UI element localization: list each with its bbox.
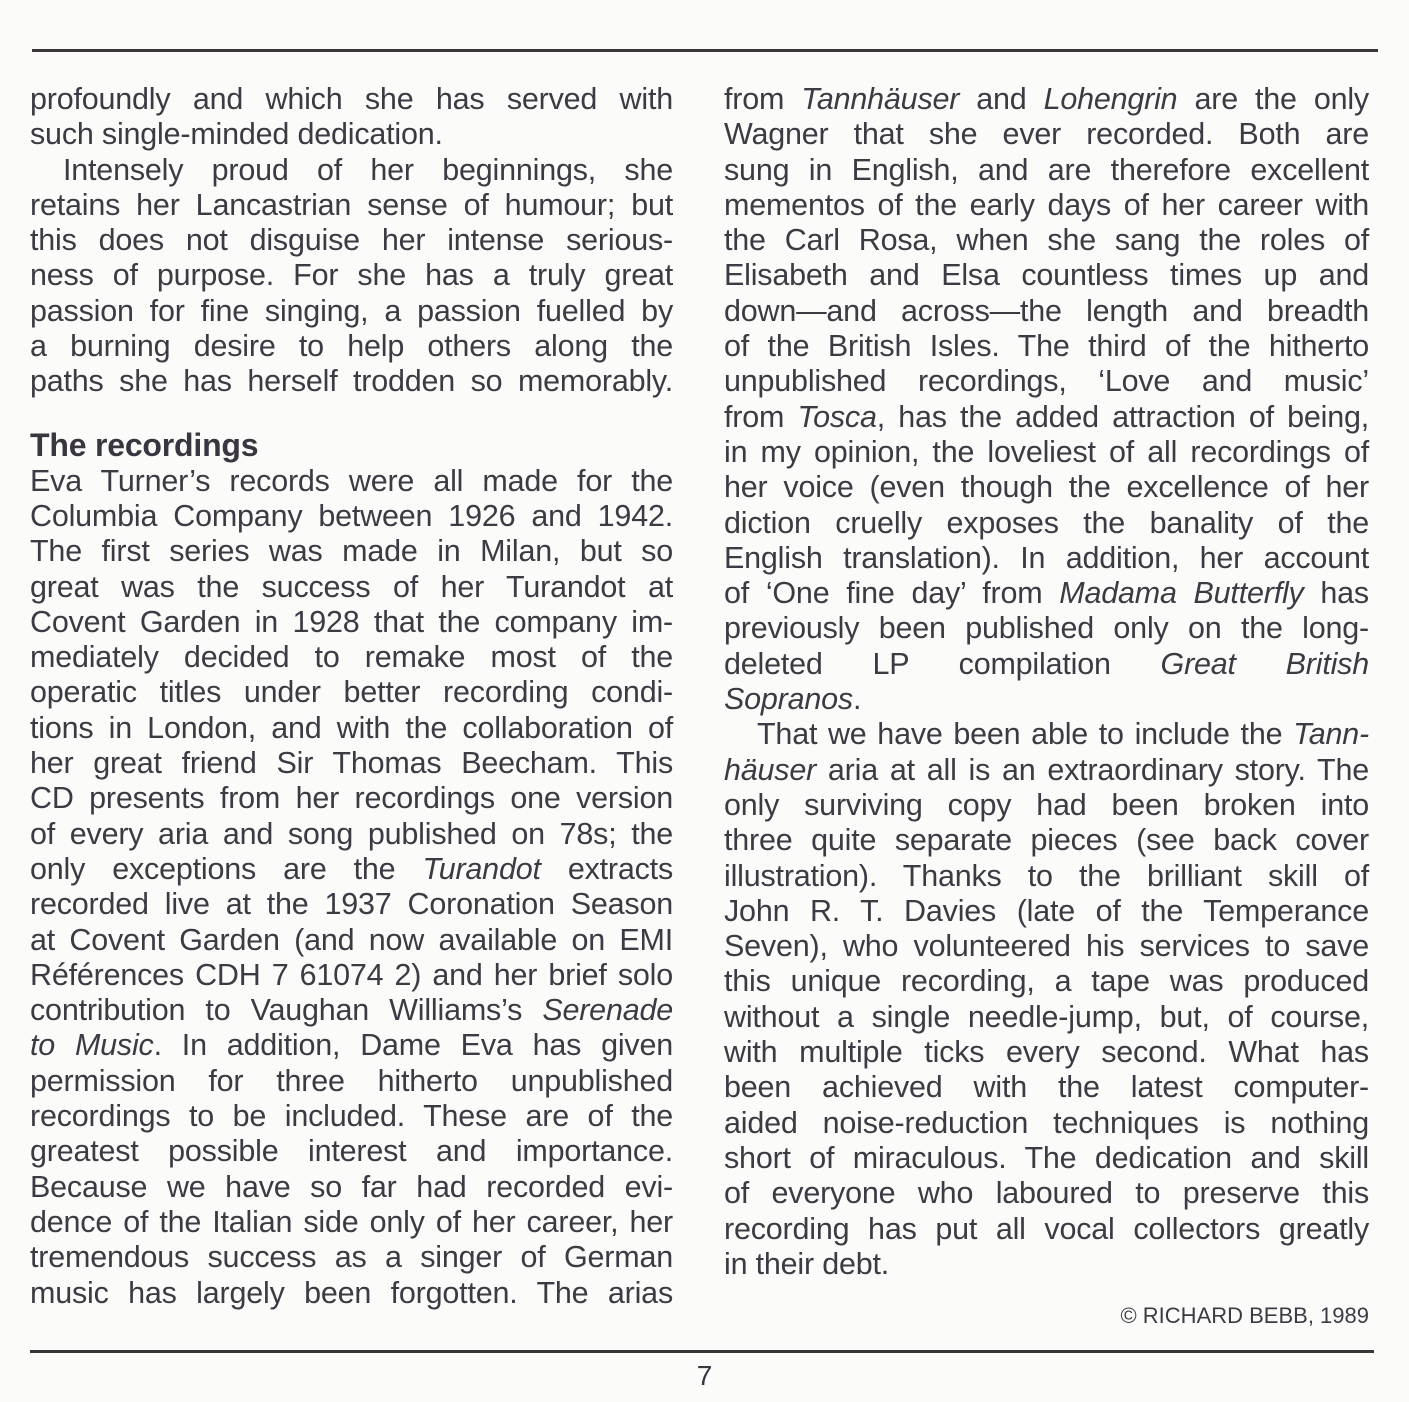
top-rule (32, 49, 1378, 52)
text-line: down—and across—the length and breadth (724, 294, 1369, 329)
text-line: Wagner that she ever recorded. Both are (724, 117, 1369, 152)
title-tannhauser: Tannhäuser (801, 82, 959, 116)
text-fragment: aria at all is an extraordinary story. T… (816, 753, 1369, 787)
text-line: short of miraculous. The dedication and … (724, 1141, 1369, 1176)
text-line: such single-minded dedication. (30, 117, 673, 152)
text-line: greatest possible interest and importanc… (30, 1134, 673, 1169)
text-line: Eva Turner’s records were all made for t… (30, 464, 673, 499)
text-line: of the British Isles. The third of the h… (724, 329, 1369, 364)
title-lohengrin: Lohengrin (1044, 82, 1178, 116)
text-line: unpublished recordings, ‘Love and music’ (724, 364, 1369, 399)
text-line: of ‘One fine day’ from Madama Butterfly … (724, 576, 1369, 611)
text-fragment: from (724, 400, 797, 434)
text-line: recording has put all vocal collectors g… (724, 1212, 1369, 1247)
text-line: the Carl Rosa, when she sang the roles o… (724, 223, 1369, 258)
text-line: English translation). In addition, her a… (724, 541, 1369, 576)
text-line: been achieved with the latest computer- (724, 1070, 1369, 1105)
text-fragment: contribution to Vaughan Williams’s (30, 993, 542, 1027)
text-line: of everyone who laboured to preserve thi… (724, 1176, 1369, 1211)
text-line: That we have been able to include the Ta… (724, 717, 1369, 752)
text-line: with multiple ticks every second. What h… (724, 1035, 1369, 1070)
text-line: The first series was made in Milan, but … (30, 534, 673, 569)
title-great-british-sopranos: Sopranos (724, 682, 853, 716)
text-line: ness of purpose. For she has a truly gre… (30, 258, 673, 293)
title-madama-butterfly: Madama Butterfly (1059, 576, 1303, 610)
text-line: Sopranos. (724, 682, 1369, 717)
text-line: deleted LP compilation Great British (724, 647, 1369, 682)
title-turandot: Turandot (423, 852, 541, 886)
text-line: retains her Lancastrian sense of humour;… (30, 188, 673, 223)
text-line: sung in English, and are therefore excel… (724, 153, 1369, 188)
text-line: dence of the Italian side only of her ca… (30, 1205, 673, 1240)
text-line: from Tosca, has the added attraction of … (724, 400, 1369, 435)
text-line: to Music. In addition, Dame Eva has give… (30, 1028, 673, 1063)
text-line: permission for three hitherto unpublishe… (30, 1064, 673, 1099)
text-line: mementos of the early days of her career… (724, 188, 1369, 223)
text-line: only exceptions are the Turandot extract… (30, 852, 673, 887)
text-line: Covent Garden in 1928 that the company i… (30, 605, 673, 640)
title-tannhauser: Tann- (1293, 717, 1369, 751)
section-heading: The recordings (30, 426, 673, 464)
text-line: paths she has herself trodden so memorab… (30, 364, 673, 399)
text-fragment: and (959, 82, 1043, 116)
text-fragment: deleted LP compilation (724, 647, 1161, 681)
text-line: her great friend Sir Thomas Beecham. Thi… (30, 746, 673, 781)
text-line: passion for fine singing, a passion fuel… (30, 294, 673, 329)
text-line: profoundly and which she has served with (30, 82, 673, 117)
text-line: Because we have so far had recorded evi- (30, 1170, 673, 1205)
right-column: from Tannhäuser and Lohengrin are the on… (724, 82, 1369, 1333)
text-fragment: That we have been able to include the (757, 717, 1293, 751)
text-fragment: . In addition, Dame Eva has given (154, 1028, 673, 1062)
text-line: mediately decided to remake most of the (30, 640, 673, 675)
text-line: without a single needle-jump, but, of co… (724, 1000, 1369, 1035)
text-line: John R. T. Davies (late of the Temperanc… (724, 894, 1369, 929)
text-line: music has largely been forgotten. The ar… (30, 1276, 673, 1311)
text-line: Intensely proud of her beginnings, she (30, 153, 673, 188)
text-line: illustration). Thanks to the brilliant s… (724, 859, 1369, 894)
title-tannhauser: häuser (724, 753, 816, 787)
text-line: Elisabeth and Elsa countless times up an… (724, 258, 1369, 293)
text-line: Seven), who volunteered his services to … (724, 929, 1369, 964)
title-serenade: to Music (30, 1028, 154, 1062)
copyright-signature: © RICHARD BEBB, 1989 (724, 1298, 1369, 1333)
text-fragment: , has the added attraction of being, (877, 400, 1369, 434)
left-column: profoundly and which she has served with… (30, 82, 673, 1311)
text-line: Columbia Company between 1926 and 1942. (30, 499, 673, 534)
text-line: previously been published only on the lo… (724, 611, 1369, 646)
text-line: three quite separate pieces (see back co… (724, 823, 1369, 858)
text-line: CD presents from her recordings one vers… (30, 781, 673, 816)
text-fragment: are the only (1177, 82, 1369, 116)
text-line: Références CDH 7 61074 2) and her brief … (30, 958, 673, 993)
text-line: häuser aria at all is an extraordinary s… (724, 753, 1369, 788)
title-great-british-sopranos: Great British (1161, 647, 1369, 681)
text-line: of every aria and song published on 78s;… (30, 817, 673, 852)
text-fragment: of ‘One fine day’ from (724, 576, 1059, 610)
text-fragment: from (724, 82, 801, 116)
text-line: operatic titles under better recording c… (30, 675, 673, 710)
text-fragment: extracts (541, 852, 673, 886)
text-line: this does not disguise her intense serio… (30, 223, 673, 258)
text-line: a burning desire to help others along th… (30, 329, 673, 364)
text-line: diction cruelly exposes the banality of … (724, 506, 1369, 541)
text-line: aided noise-reduction techniques is noth… (724, 1106, 1369, 1141)
text-line: at Covent Garden (and now available on E… (30, 923, 673, 958)
text-line: contribution to Vaughan Williams’s Seren… (30, 993, 673, 1028)
text-fragment: has (1304, 576, 1369, 610)
title-serenade: Serenade (542, 993, 673, 1027)
page-number: 7 (0, 1360, 1409, 1392)
text-line: recorded live at the 1937 Coronation Sea… (30, 887, 673, 922)
text-line: in their debt. (724, 1247, 1369, 1282)
text-line: great was the success of her Turandot at (30, 570, 673, 605)
title-tosca: Tosca (797, 400, 876, 434)
text-line: from Tannhäuser and Lohengrin are the on… (724, 82, 1369, 117)
text-line: tions in London, and with the collaborat… (30, 711, 673, 746)
text-line: in my opinion, the loveliest of all reco… (724, 435, 1369, 470)
text-line: this unique recording, a tape was produc… (724, 964, 1369, 999)
text-line: only surviving copy had been broken into (724, 788, 1369, 823)
text-line: recordings to be included. These are of … (30, 1099, 673, 1134)
text-fragment: only exceptions are the (30, 852, 423, 886)
bottom-rule (30, 1350, 1374, 1353)
text-fragment: . (853, 682, 861, 716)
text-line: tremendous success as a singer of German (30, 1240, 673, 1275)
text-line: her voice (even though the excellence of… (724, 470, 1369, 505)
